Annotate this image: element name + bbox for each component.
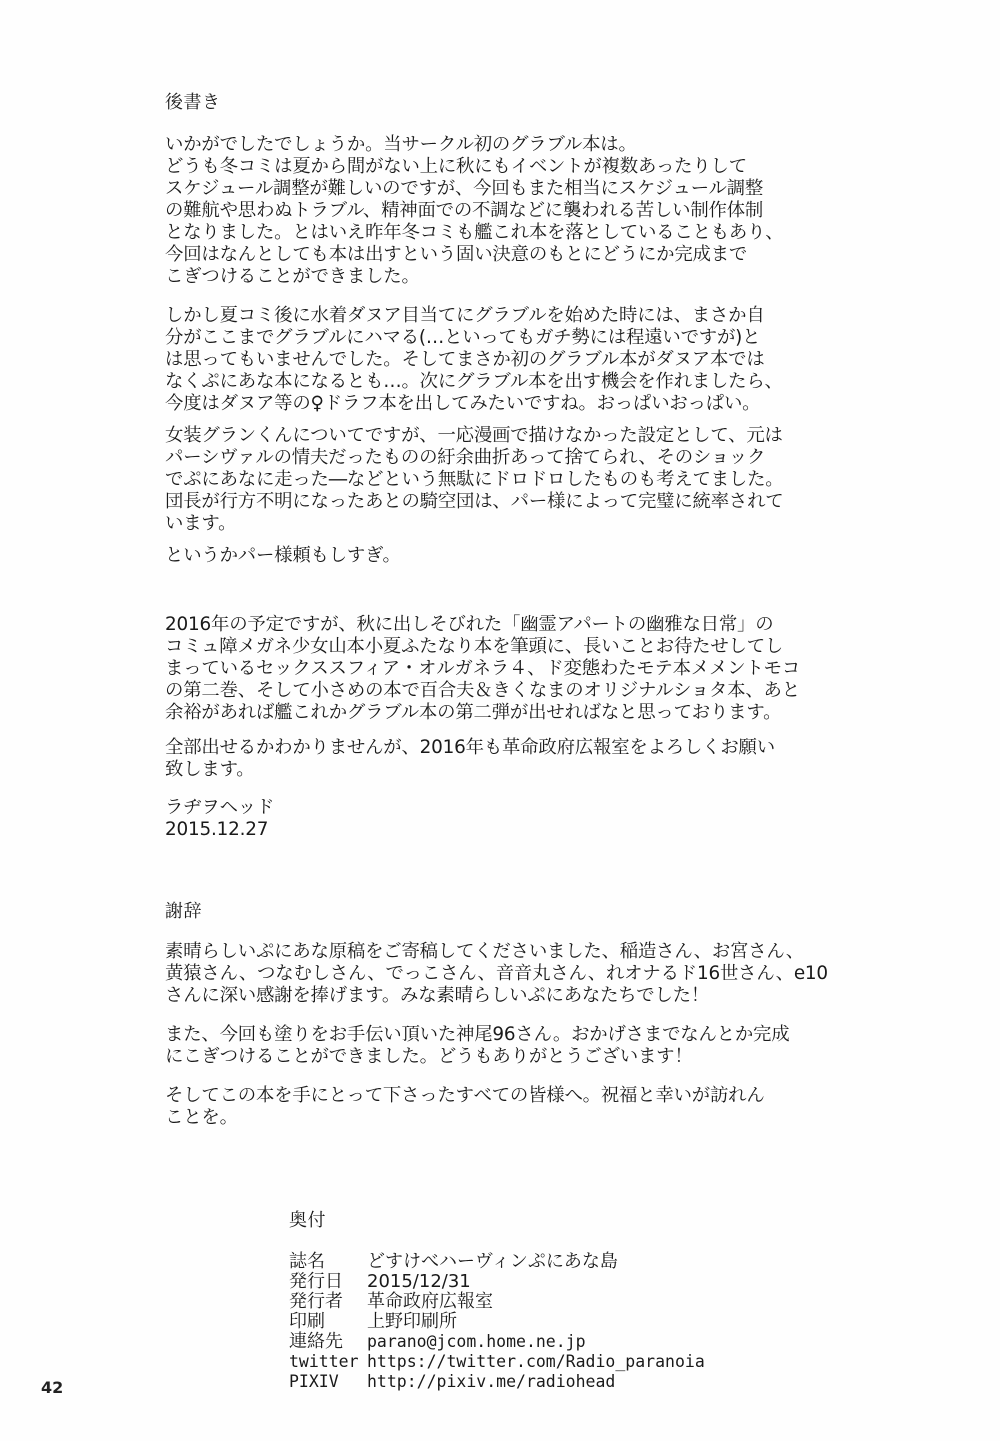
colophon-value: parano@jcom.home.ne.jp [367,1332,586,1352]
colophon-value: http://pixiv.me/radiohead [367,1372,615,1392]
colophon: 奥付 誌名 どすけべハーヴィンぷにあな島 発行日 2015/12/31 発行者 … [289,1210,326,1232]
page-number: 42 [41,1378,63,1397]
text-line: は思ってもいませんでした。そしてまさか初のグラブル本がダヌア本では [165,349,885,371]
document-page: 後書き いかがでしたでしょうか。当サークル初のグラブル本は。 どうも冬コミは夏か… [0,0,1000,1441]
colophon-row-publisher: 発行者 革命政府広報室 [289,1292,749,1312]
author-name: ラヂヲヘッド [165,797,885,819]
colophon-label: 誌名 [289,1252,367,1272]
afterword-paragraph-6: 全部出せるかわかりませんが、2016年も革命政府広報室をよろしくお願い 致します… [165,737,885,781]
afterword-paragraph-3: 女装グランくんについてですが、一応漫画で描けなかった設定として、元は パーシヴァ… [165,425,885,535]
colophon-label: PIXIV [289,1372,367,1392]
acknowledgements-heading: 謝辞 [165,901,865,923]
text-line: の難航や思わぬトラブル、精神面での不調などに襲われる苦しい制作体制 [165,200,885,222]
signature: ラヂヲヘッド 2015.12.27 [165,797,885,841]
text-line: 致します。 [165,759,885,781]
text-line: というかパー様頼もしすぎ。 [165,545,885,567]
text-line: 2016年の予定ですが、秋に出しそびれた「幽霊アパートの幽雅な日常」の [165,614,885,636]
text-line: しかし夏コミ後に水着ダヌア目当てにグラブルを始めた時には、まさか自 [165,305,885,327]
acknowledgements-paragraph-2: また、今回も塗りをお手伝い頂いた神尾96さん。おかげさまでなんとか完成 にこぎつ… [165,1024,885,1068]
text-line: スケジュール調整が難しいのですが、今回もまた相当にスケジュール調整 [165,178,885,200]
colophon-row-printer: 印刷 上野印刷所 [289,1312,749,1332]
text-line: 黄猿さん、つなむしさん、でっこさん、音音丸さん、れオナるド16世さん、e10 [165,963,885,985]
text-line: います。 [165,513,885,535]
colophon-label: 連絡先 [289,1332,367,1352]
afterword-paragraph-4: というかパー様頼もしすぎ。 [165,545,885,567]
text-line: 団長が行方不明になったあとの騎空団は、パー様によって完璧に統率されて [165,491,885,513]
text-line: の第二巻、そして小さめの本で百合夫＆きくなまのオリジナルショタ本、あと [165,680,885,702]
colophon-label: twitter [289,1352,367,1372]
acknowledgements-paragraph-3: そしてこの本を手にとって下さったすべての皆様へ。祝福と幸いが訪れん ことを。 [165,1085,885,1129]
text-line: コミュ障メガネ少女山本小夏ふたなり本を筆頭に、長いことお待たせしてし [165,636,885,658]
text-line: さんに深い感謝を捧げます。みな素晴らしいぷにあなたちでした！ [165,985,885,1007]
colophon-row-title: 誌名 どすけべハーヴィンぷにあな島 [289,1252,749,1272]
text-line: 今回はなんとしても本は出すという固い決意のもとにどうにか完成まで [165,244,885,266]
text-line: となりました。とはいえ昨年冬コミも艦これ本を落としていることもあり、 [165,222,885,244]
colophon-heading: 奥付 [289,1210,326,1232]
text-line: 素晴らしいぷにあな原稿をご寄稿してくださいました、稲造さん、お宮さん、 [165,941,885,963]
text-line: そしてこの本を手にとって下さったすべての皆様へ。祝福と幸いが訪れん [165,1085,885,1107]
text-line: 女装グランくんについてですが、一応漫画で描けなかった設定として、元は [165,425,885,447]
text-line: 余裕があれば艦これかグラブル本の第二弾が出せればなと思っております。 [165,702,885,724]
acknowledgements-paragraph-1: 素晴らしいぷにあな原稿をご寄稿してくださいました、稲造さん、お宮さん、 黄猿さん… [165,941,885,1007]
afterword-paragraph-5: 2016年の予定ですが、秋に出しそびれた「幽霊アパートの幽雅な日常」の コミュ障… [165,614,885,724]
colophon-value: どすけべハーヴィンぷにあな島 [367,1252,618,1272]
colophon-label: 印刷 [289,1312,367,1332]
text-line: 全部出せるかわかりませんが、2016年も革命政府広報室をよろしくお願い [165,737,885,759]
text-line: なくぷにあな本になるとも…。次にグラブル本を出す機会を作れましたら、 [165,371,885,393]
text-line: 今度はダヌア等の♀ドラフ本を出してみたいですね。おっぱいおっぱい。 [165,393,885,415]
afterword-paragraph-2: しかし夏コミ後に水着ダヌア目当てにグラブルを始めた時には、まさか自 分がここまで… [165,305,885,415]
colophon-table: 誌名 どすけべハーヴィンぷにあな島 発行日 2015/12/31 発行者 革命政… [289,1252,749,1392]
text-line: どうも冬コミは夏から間がない上に秋にもイベントが複数あったりして [165,156,885,178]
colophon-value: 上野印刷所 [367,1312,457,1332]
colophon-row-publish-date: 発行日 2015/12/31 [289,1272,749,1292]
colophon-value: 革命政府広報室 [367,1292,493,1312]
text-line: まっているセックススフィア・オルガネラ４、ド変態わたモテ本メメントモコ [165,658,885,680]
colophon-value: 2015/12/31 [367,1272,471,1292]
colophon-row-contact: 連絡先 parano@jcom.home.ne.jp [289,1332,749,1352]
colophon-row-twitter: twitter https://twitter.com/Radio_parano… [289,1352,749,1372]
afterword-heading: 後書き [165,92,865,114]
text-line: また、今回も塗りをお手伝い頂いた神尾96さん。おかげさまでなんとか完成 [165,1024,885,1046]
text-line: いかがでしたでしょうか。当サークル初のグラブル本は。 [165,134,885,156]
colophon-label: 発行者 [289,1292,367,1312]
text-line: こぎつけることができました。 [165,266,885,288]
text-line: 分がここまでグラブルにハマる(…といってもガチ勢には程遠いですが)と [165,327,885,349]
signature-date: 2015.12.27 [165,819,885,841]
colophon-value: https://twitter.com/Radio_paranoia [367,1352,705,1372]
text-line: ことを。 [165,1107,885,1129]
text-line: パーシヴァルの情夫だったものの紆余曲折あって捨てられ、そのショック [165,447,885,469]
colophon-row-pixiv: PIXIV http://pixiv.me/radiohead [289,1372,749,1392]
afterword-paragraph-1: いかがでしたでしょうか。当サークル初のグラブル本は。 どうも冬コミは夏から間がな… [165,134,885,288]
text-line: でぷにあなに走った―などという無駄にドロドロしたものも考えてました。 [165,469,885,491]
colophon-label: 発行日 [289,1272,367,1292]
text-line: にこぎつけることができました。どうもありがとうございます！ [165,1046,885,1068]
